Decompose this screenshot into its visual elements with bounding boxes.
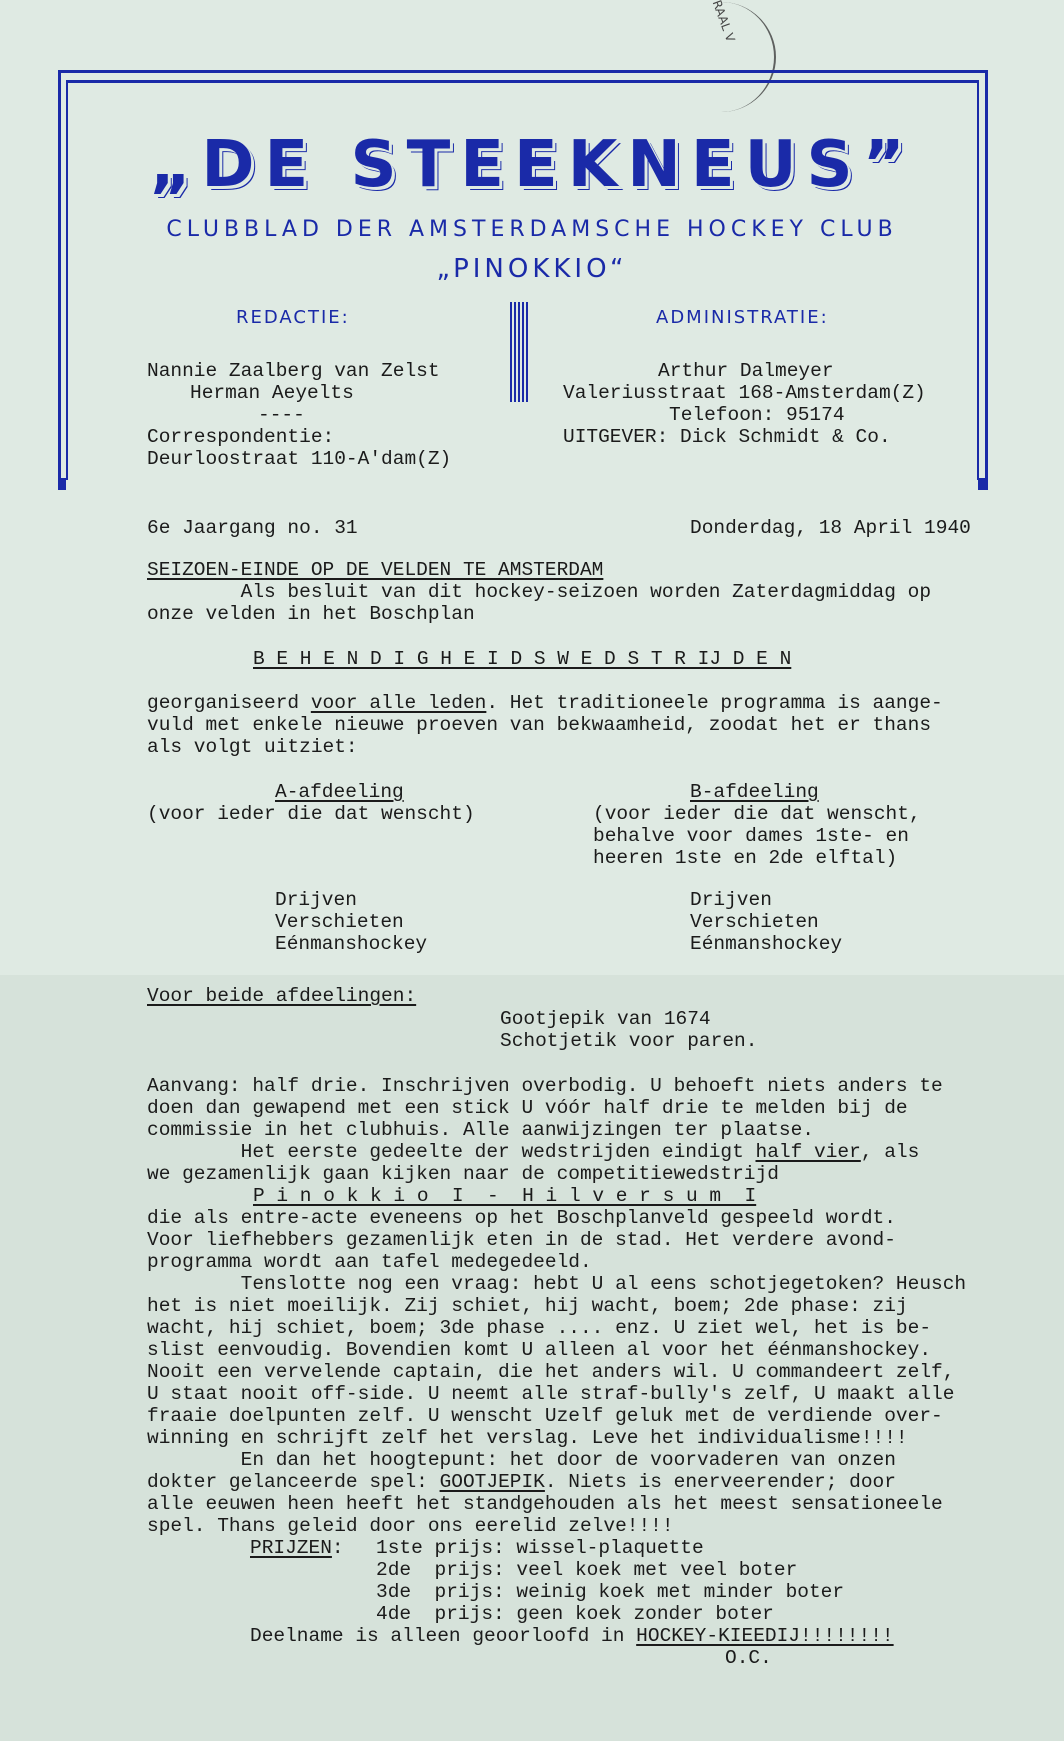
masthead-divider	[510, 302, 530, 402]
admin-name: Arthur Dalmeyer	[658, 360, 834, 382]
prize-3: 3de prijs: weinig koek met minder boter	[376, 1581, 844, 1603]
para4-line-3: programma wordt aan tafel medegedeeld.	[147, 1251, 592, 1273]
administratie-label: ADMINISTRATIE:	[656, 307, 829, 328]
corner-square-left	[58, 478, 66, 490]
para6-line-4: spel. Thans geleid door ons eerelid zelv…	[147, 1515, 674, 1537]
postmark-stamp	[694, 2, 776, 112]
masthead-title: „DE STEEKNEUS”	[0, 128, 1064, 202]
division-b-description-3: heeren 1ste en 2de elftal)	[593, 847, 897, 869]
issue-volume: 6e Jaargang no. 31	[147, 517, 358, 539]
admin-phone: Telefoon: 95174	[669, 404, 845, 426]
masthead-subtitle: CLUBBLAD DER AMSTERDAMSCHE HOCKEY CLUB	[0, 217, 1064, 242]
division-a-description: (voor ieder die dat wenscht)	[147, 803, 475, 825]
division-b-description-2: behalve voor dames 1ste- en	[593, 825, 909, 847]
para5-line-6: U staat nooit off-side. U neemt alle str…	[147, 1383, 954, 1405]
para2-line-1: Aanvang: half drie. Inschrijven overbodi…	[147, 1075, 943, 1097]
event-title: B E H E N D I G H E I D S W E D S T R IJ…	[253, 648, 791, 670]
division-b-event-1: Drijven	[690, 889, 772, 911]
para5-line-4: slist eenvoudig. Bovendien komt U alleen…	[147, 1339, 931, 1361]
para6-line-2: dokter gelanceerde spel: GOOTJEPIK. Niet…	[147, 1471, 896, 1493]
redactie-label: REDACTIE:	[236, 307, 350, 328]
para4-line-2: Voor liefhebbers gezamenlijk eten in de …	[147, 1229, 896, 1251]
para2-line-2: doen dan gewapend met een stick U vóór h…	[147, 1097, 908, 1119]
editor-name-2: Herman Aeyelts	[190, 382, 354, 404]
match-title: P i n o k k i o I - H i l v e r s u m I	[253, 1185, 756, 1207]
division-a-title: A-afdeeling	[275, 781, 404, 803]
division-b-description-1: (voor ieder die dat wenscht,	[593, 803, 921, 825]
article-heading: SEIZOEN-EINDE OP DE VELDEN TE AMSTERDAM	[147, 559, 603, 581]
para5-line-2: het is niet moeilijk. Zij schiet, hij wa…	[147, 1295, 908, 1317]
corner-square-right	[978, 478, 986, 490]
para6-line-3: alle eeuwen heen heeft het standgehouden…	[147, 1493, 943, 1515]
both-divisions-label: Voor beide afdeelingen:	[147, 985, 416, 1007]
division-b-event-3: Eénmanshockey	[690, 933, 842, 955]
para4-line-1: die als entre-acte eveneens op het Bosch…	[147, 1207, 896, 1229]
prizes-label: PRIJZEN:	[250, 1537, 344, 1559]
masthead-inner-top	[66, 80, 979, 83]
para6-line-1: En dan het hoogtepunt: het door de voorv…	[147, 1449, 896, 1471]
para1-line-1: georganiseerd voor alle leden. Het tradi…	[147, 692, 943, 714]
para3-line-1: Het eerste gedeelte der wedstrijden eind…	[147, 1141, 919, 1163]
para1-line-3: als volgt uitziet:	[147, 736, 358, 758]
editor-separator: ----	[258, 404, 305, 426]
para5-line-7: fraaie doelpunten zelf. U wenscht Uzelf …	[147, 1405, 943, 1427]
prize-1: 1ste prijs: wissel-plaquette	[376, 1537, 704, 1559]
prize-4: 4de prijs: geen koek zonder boter	[376, 1603, 774, 1625]
editor-name-1: Nannie Zaalberg van Zelst	[147, 360, 440, 382]
issue-date: Donderdag, 18 April 1940	[690, 517, 971, 539]
para1-line-2: vuld met enkele nieuwe proeven van bekwa…	[147, 714, 931, 736]
closing-line: Deelname is alleen geoorloofd in HOCKEY-…	[250, 1625, 894, 1647]
para5-line-3: wacht, hij schiet, boem; 3de phase .... …	[147, 1317, 931, 1339]
correspondence-label: Correspondentie:	[147, 426, 334, 448]
division-a-event-2: Verschieten	[275, 911, 404, 933]
division-a-event-3: Eénmanshockey	[275, 933, 427, 955]
prize-2: 2de prijs: veel koek met veel boter	[376, 1559, 797, 1581]
para3-line-2: we gezamenlijk gaan kijken naar de compe…	[147, 1163, 779, 1185]
signature: O.C.	[725, 1647, 772, 1669]
admin-address: Valeriusstraat 168-Amsterdam(Z)	[563, 382, 926, 404]
both-event-1: Gootjepik van 1674	[500, 1008, 711, 1030]
intro-line-2: onze velden in het Boschplan	[147, 603, 475, 625]
para5-line-8: winning en schrijft zelf het verslag. Le…	[147, 1427, 908, 1449]
para5-line-1: Tenslotte nog een vraag: hebt U al eens …	[147, 1273, 966, 1295]
document-page: RAAL V „DE STEEKNEUS” CLUBBLAD DER AMSTE…	[0, 0, 1064, 1741]
para5-line-5: Nooit een vervelende captain, die het an…	[147, 1361, 954, 1383]
division-b-event-2: Verschieten	[690, 911, 819, 933]
club-name: „PINOKKIO“	[0, 254, 1064, 284]
both-event-2: Schotjetik voor paren.	[500, 1030, 757, 1052]
correspondence-address: Deurloostraat 110-A'dam(Z)	[147, 448, 451, 470]
division-a-event-1: Drijven	[275, 889, 357, 911]
publisher: UITGEVER: Dick Schmidt & Co.	[563, 426, 891, 448]
para2-line-3: commissie in het clubhuis. Alle aanwijzi…	[147, 1119, 814, 1141]
division-b-title: B-afdeeling	[690, 781, 819, 803]
intro-line-1: Als besluit van dit hockey-seizoen worde…	[147, 581, 931, 603]
